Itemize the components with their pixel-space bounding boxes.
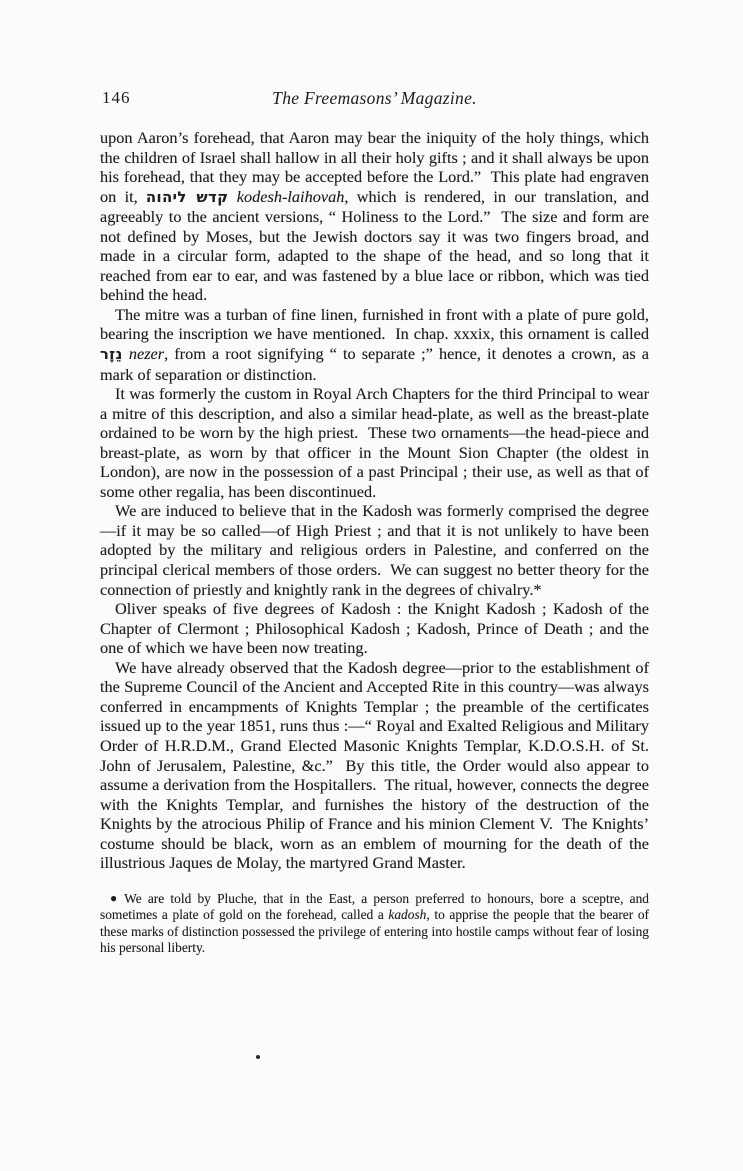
- body-text: The mitre was a turban of fine linen, fu…: [100, 305, 649, 344]
- italic-text: nezer: [129, 344, 164, 363]
- body-text: [228, 187, 236, 206]
- article-body: upon Aaron’s forehead, that Aaron may be…: [100, 128, 649, 873]
- body-text: , from a root signifying “ to separate ;…: [100, 344, 649, 384]
- italic-text: kodesh-laihovah: [237, 187, 345, 206]
- paragraph-1: upon Aaron’s forehead, that Aaron may be…: [100, 128, 649, 305]
- text-column: 146 The Freemasons’ Magazine. upon Aaron…: [100, 88, 649, 957]
- paragraph-3: It was formerly the custom in Royal Arch…: [100, 384, 649, 501]
- footnote-text: ●We are told by Pluche, that in the East…: [100, 891, 649, 957]
- footnote: ●We are told by Pluche, that in the East…: [100, 891, 649, 957]
- paragraph-6: We have already observed that the Kadosh…: [100, 658, 649, 873]
- page-number: 146: [102, 88, 131, 108]
- body-text: We have already observed that the Kadosh…: [100, 658, 649, 872]
- footnote-marker-icon: ●: [110, 891, 120, 905]
- paragraph-4: We are induced to believe that in the Ka…: [100, 501, 649, 599]
- body-text: Oliver speaks of five degrees of Kadosh …: [100, 599, 649, 657]
- scanned-page: 146 The Freemasons’ Magazine. upon Aaron…: [0, 0, 743, 1171]
- journal-title: The Freemasons’ Magazine.: [100, 88, 649, 109]
- body-text: It was formerly the custom in Royal Arch…: [100, 384, 649, 501]
- paragraph-2: The mitre was a turban of fine linen, fu…: [100, 305, 649, 384]
- body-text: We are induced to believe that in the Ka…: [100, 501, 649, 598]
- paragraph-5: Oliver speaks of five degrees of Kadosh …: [100, 599, 649, 658]
- page-header: 146 The Freemasons’ Magazine.: [100, 88, 649, 112]
- hebrew-text: נֵזֶר: [100, 346, 123, 363]
- scan-speck: [256, 1055, 260, 1059]
- hebrew-text: קדש ליהוה: [146, 189, 228, 206]
- italic-text: kadosh: [388, 907, 426, 922]
